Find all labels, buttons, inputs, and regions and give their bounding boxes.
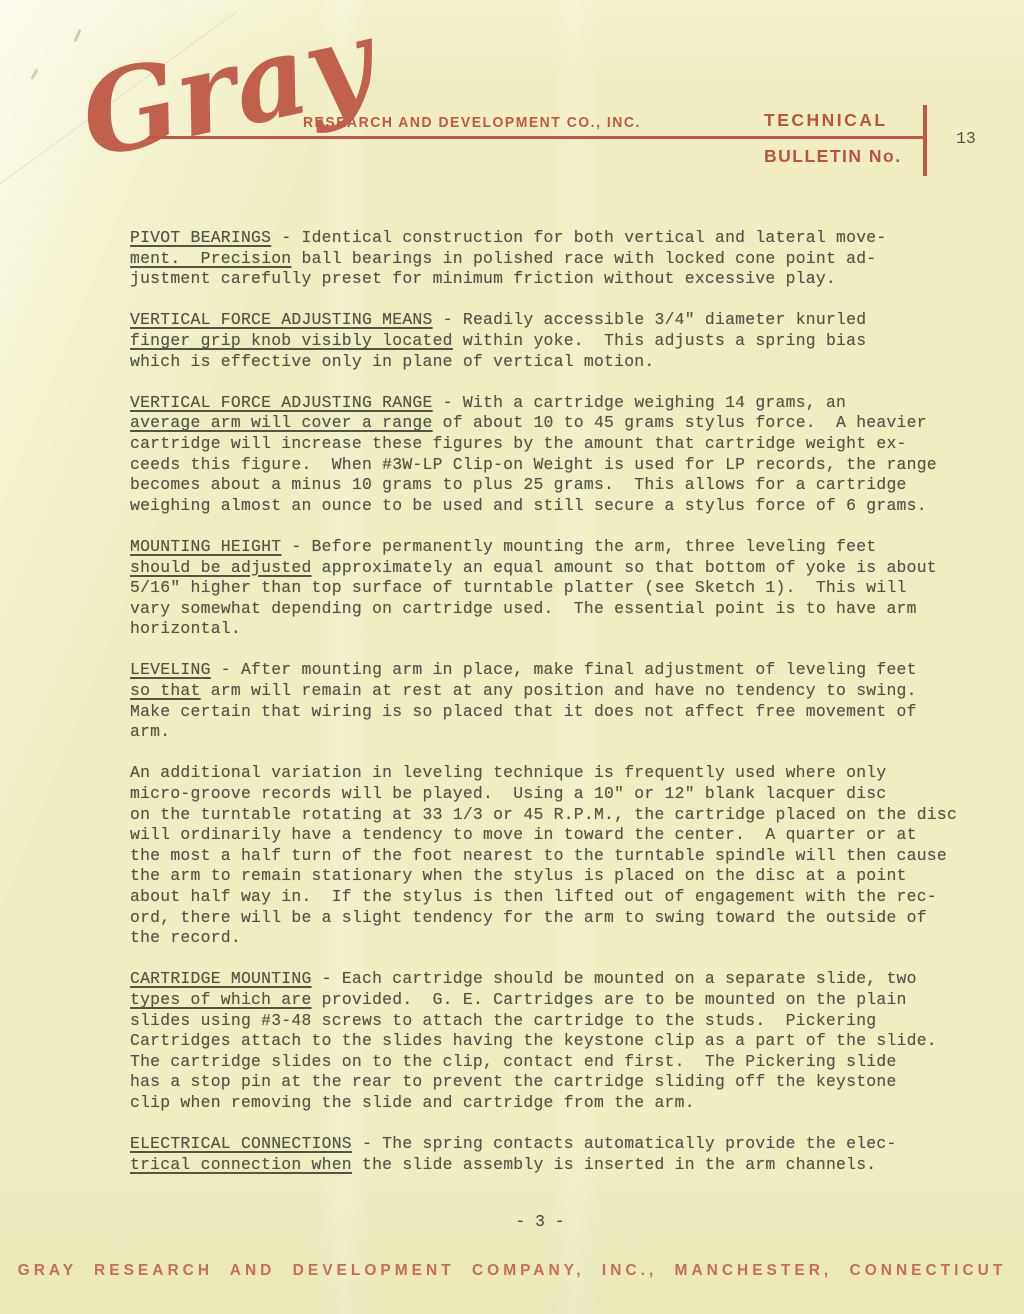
text-segment: The cartridge slides on to the clip, con… [130,1052,897,1071]
bulletin-body: PIVOT BEARINGS - Identical construction … [130,228,980,1175]
text-segment: the slide assembly is inserted in the ar… [352,1155,876,1174]
text-segment: slides using #3-48 screws to attach the … [130,1011,876,1030]
text-line: 5/16" higher than top surface of turntab… [130,578,980,599]
text-segment: 5/16" higher than top surface of turntab… [130,578,907,597]
text-line: the arm to remain stationary when the st… [130,866,980,887]
text-line: will ordinarily have a tendency to move … [130,825,980,846]
text-line: Make certain that wiring is so placed th… [130,702,980,723]
text-line: arm. [130,722,980,743]
text-segment: - After mounting arm in place, make fina… [211,660,917,679]
paragraph: An additional variation in leveling tech… [130,763,980,948]
text-line: trical connection when the slide assembl… [130,1155,980,1176]
text-segment: vary somewhat depending on cartridge use… [130,599,917,618]
text-line: ment. Precision ball bearings in polishe… [130,249,980,270]
underlined-text: average arm will cover a range [130,413,433,432]
company-name: RESEARCH AND DEVELOPMENT CO., INC. [303,115,641,131]
text-segment: - Readily accessible 3/4" diameter knurl… [433,310,867,329]
text-line: so that arm will remain at rest at any p… [130,681,980,702]
underlined-text: CARTRIDGE MOUNTING [130,969,312,988]
underlined-text: so that [130,681,201,700]
text-line: Cartridges attach to the slides having t… [130,1031,980,1052]
text-line: ord, there will be a slight tendency for… [130,908,980,929]
text-line: MOUNTING HEIGHT - Before permanently mou… [130,537,980,558]
text-segment: - Before permanently mounting the arm, t… [281,537,876,556]
text-line: clip when removing the slide and cartrid… [130,1093,980,1114]
underlined-text: VERTICAL FORCE ADJUSTING RANGE [130,393,433,412]
text-segment: micro-groove records will be played. Usi… [130,784,886,803]
text-line: types of which are provided. G. E. Cartr… [130,990,980,1011]
text-line: ELECTRICAL CONNECTIONS - The spring cont… [130,1134,980,1155]
text-segment: the most a half turn of the foot nearest… [130,846,947,865]
underlined-text: ELECTRICAL CONNECTIONS [130,1134,352,1153]
text-segment: within yoke. This adjusts a spring bias [453,331,867,350]
text-line: about half way in. If the stylus is then… [130,887,980,908]
logo-text: Gray [70,0,390,184]
text-segment: - Each cartridge should be mounted on a … [312,969,917,988]
text-line: CARTRIDGE MOUNTING - Each cartridge shou… [130,969,980,990]
text-segment: provided. G. E. Cartridges are to be mou… [312,990,907,1009]
text-segment: - With a cartridge weighing 14 grams, an [433,393,847,412]
footer-company-line: GRAY RESEARCH AND DEVELOPMENT COMPANY, I… [0,1262,1024,1280]
underlined-text: trical connection when [130,1155,352,1174]
underlined-text: ment. Precision [130,249,291,268]
underlined-text: types of which are [130,990,312,1009]
text-line: LEVELING - After mounting arm in place, … [130,660,980,681]
text-line: average arm will cover a range of about … [130,413,980,434]
text-segment: arm. [130,722,170,741]
text-segment: ball bearings in polished race with lock… [291,249,876,268]
text-segment: cartridge will increase these figures by… [130,434,907,453]
paragraph: ELECTRICAL CONNECTIONS - The spring cont… [130,1134,980,1175]
text-segment: Make certain that wiring is so placed th… [130,702,917,721]
text-segment: will ordinarily have a tendency to move … [130,825,917,844]
underlined-text: VERTICAL FORCE ADJUSTING MEANS [130,310,433,329]
text-line: VERTICAL FORCE ADJUSTING MEANS - Readily… [130,310,980,331]
text-line: has a stop pin at the rear to prevent th… [130,1072,980,1093]
text-segment: the record. [130,928,241,947]
bulletin-label-technical: TECHNICAL [764,110,888,131]
text-segment: about half way in. If the stylus is then… [130,887,937,906]
text-line: PIVOT BEARINGS - Identical construction … [130,228,980,249]
text-segment: arm will remain at rest at any position … [201,681,917,700]
text-segment: ord, there will be a slight tendency for… [130,908,927,927]
bulletin-label-bulletin-no: BULLETIN No. [764,146,902,167]
text-line: ceeds this figure. When #3W-LP Clip-on W… [130,455,980,476]
text-segment: An additional variation in leveling tech… [130,763,886,782]
text-line: horizontal. [130,619,980,640]
text-line: the record. [130,928,980,949]
underlined-text: should be adjusted [130,558,312,577]
text-line: cartridge will increase these figures by… [130,434,980,455]
document-page: Gray RESEARCH AND DEVELOPMENT CO., INC. … [0,0,1024,1314]
text-line: should be adjusted approximately an equa… [130,558,980,579]
bulletin-number: 13 [956,129,976,148]
paragraph: MOUNTING HEIGHT - Before permanently mou… [130,537,980,640]
text-segment: of about 10 to 45 grams stylus force. A … [433,413,927,432]
underlined-text: PIVOT BEARINGS [130,228,271,247]
text-line: finger grip knob visibly located within … [130,331,980,352]
text-segment: has a stop pin at the rear to prevent th… [130,1072,897,1091]
text-segment: on the turntable rotating at 33 1/3 or 4… [130,805,957,824]
paragraph: VERTICAL FORCE ADJUSTING MEANS - Readily… [130,310,980,372]
underlined-text: MOUNTING HEIGHT [130,537,281,556]
text-line: the most a half turn of the foot nearest… [130,846,980,867]
underlined-text: finger grip knob visibly located [130,331,453,350]
text-segment: clip when removing the slide and cartrid… [130,1093,695,1112]
text-line: justment carefully preset for minimum fr… [130,269,980,290]
paragraph: PIVOT BEARINGS - Identical construction … [130,228,980,290]
letterhead-vertical-rule [923,105,927,176]
text-line: becomes about a minus 10 grams to plus 2… [130,475,980,496]
text-segment: - Identical construction for both vertic… [271,228,886,247]
text-line: vary somewhat depending on cartridge use… [130,599,980,620]
text-segment: - The spring contacts automatically prov… [352,1134,897,1153]
text-line: on the turntable rotating at 33 1/3 or 4… [130,805,980,826]
text-segment: horizontal. [130,619,241,638]
text-segment: approximately an equal amount so that bo… [312,558,937,577]
text-segment: which is effective only in plane of vert… [130,352,654,371]
text-segment: Cartridges attach to the slides having t… [130,1031,937,1050]
text-line: slides using #3-48 screws to attach the … [130,1011,980,1032]
page-number: - 3 - [130,1212,950,1231]
paragraph: CARTRIDGE MOUNTING - Each cartridge shou… [130,969,980,1113]
text-segment: weighing almost an ounce to be used and … [130,496,927,515]
pencil-mark [30,68,38,80]
text-segment: the arm to remain stationary when the st… [130,866,907,885]
text-line: which is effective only in plane of vert… [130,352,980,373]
text-segment: becomes about a minus 10 grams to plus 2… [130,475,907,494]
gray-script-logo-icon: Gray [78,22,358,192]
text-line: VERTICAL FORCE ADJUSTING RANGE - With a … [130,393,980,414]
paragraph: LEVELING - After mounting arm in place, … [130,660,980,742]
letterhead-horizontal-rule [148,136,927,139]
paragraph: VERTICAL FORCE ADJUSTING RANGE - With a … [130,393,980,517]
text-line: micro-groove records will be played. Usi… [130,784,980,805]
company-logo: Gray [78,22,358,192]
text-line: weighing almost an ounce to be used and … [130,496,980,517]
text-segment: justment carefully preset for minimum fr… [130,269,836,288]
underlined-text: LEVELING [130,660,211,679]
text-line: An additional variation in leveling tech… [130,763,980,784]
text-segment: ceeds this figure. When #3W-LP Clip-on W… [130,455,937,474]
text-line: The cartridge slides on to the clip, con… [130,1052,980,1073]
